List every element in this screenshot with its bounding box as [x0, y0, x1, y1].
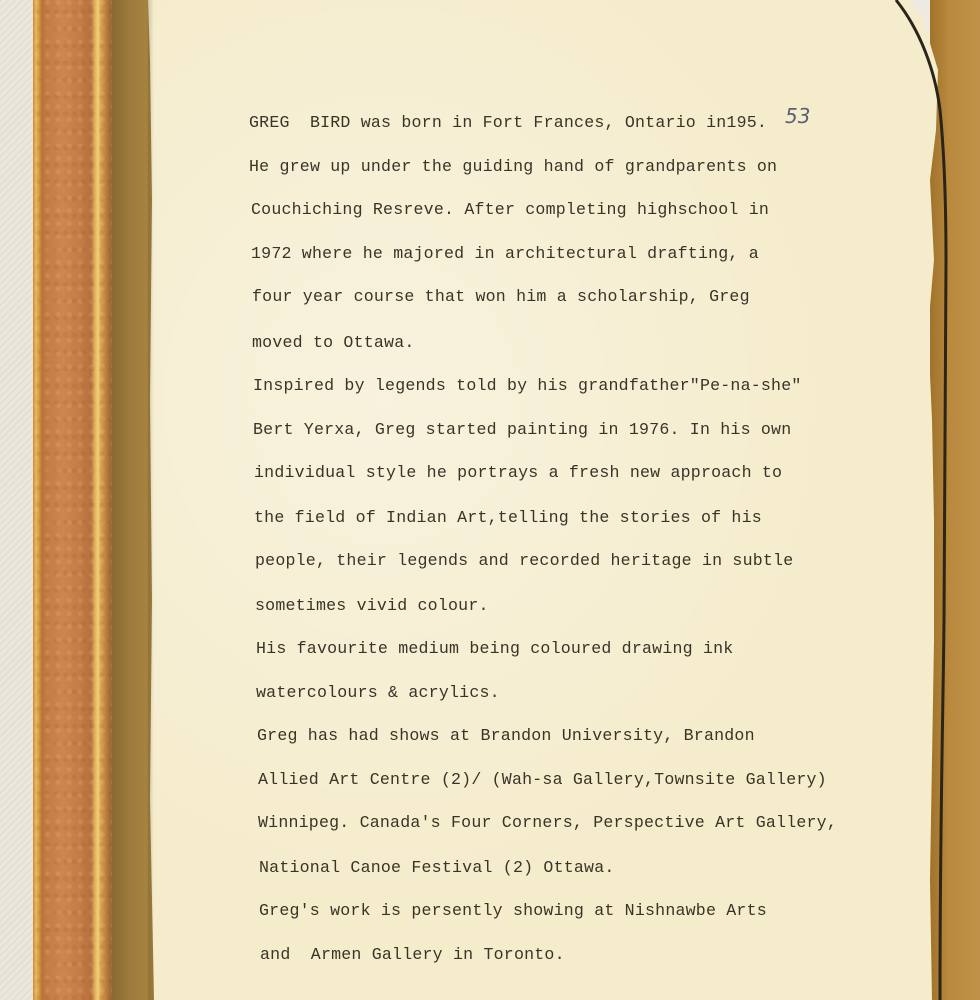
- text-line: Bert Yerxa, Greg started painting in 197…: [253, 419, 791, 441]
- text-line: Couchiching Resreve. After completing hi…: [251, 199, 769, 221]
- text-line: the field of Indian Art,telling the stor…: [254, 507, 762, 529]
- text-line: National Canoe Festival (2) Ottawa.: [259, 857, 615, 879]
- text-line: His favourite medium being coloured draw…: [256, 638, 733, 660]
- text-line: 1972 where he majored in architectural d…: [251, 243, 759, 265]
- text-line: Greg has had shows at Brandon University…: [257, 725, 755, 747]
- text-line: individual style he portrays a fresh new…: [254, 462, 782, 484]
- document-paper: [148, 0, 940, 1000]
- paper-shadow: [148, 0, 154, 1000]
- picture-frame: [33, 0, 113, 1000]
- text-line: He grew up under the guiding hand of gra…: [249, 156, 777, 178]
- text-line: GREG BIRD was born in Fort Frances, Onta…: [249, 112, 767, 134]
- text-line: Winnipeg. Canada's Four Corners, Perspec…: [258, 812, 837, 834]
- text-line: four year course that won him a scholars…: [252, 286, 750, 308]
- text-line: sometimes vivid colour.: [255, 595, 489, 617]
- text-line: watercolours & acrylics.: [256, 682, 500, 704]
- text-line: moved to Ottawa.: [252, 332, 415, 354]
- mat-border-right: [930, 0, 980, 1000]
- text-line: and Armen Gallery in Toronto.: [260, 944, 565, 966]
- text-line: Greg's work is persently showing at Nish…: [259, 900, 767, 922]
- text-line: people, their legends and recorded herit…: [255, 550, 793, 572]
- wall-background: [0, 0, 34, 1000]
- text-line: Allied Art Centre (2)/ (Wah-sa Gallery,T…: [258, 769, 827, 791]
- text-line: Inspired by legends told by his grandfat…: [253, 375, 802, 397]
- handwritten-correction: 53: [785, 104, 810, 128]
